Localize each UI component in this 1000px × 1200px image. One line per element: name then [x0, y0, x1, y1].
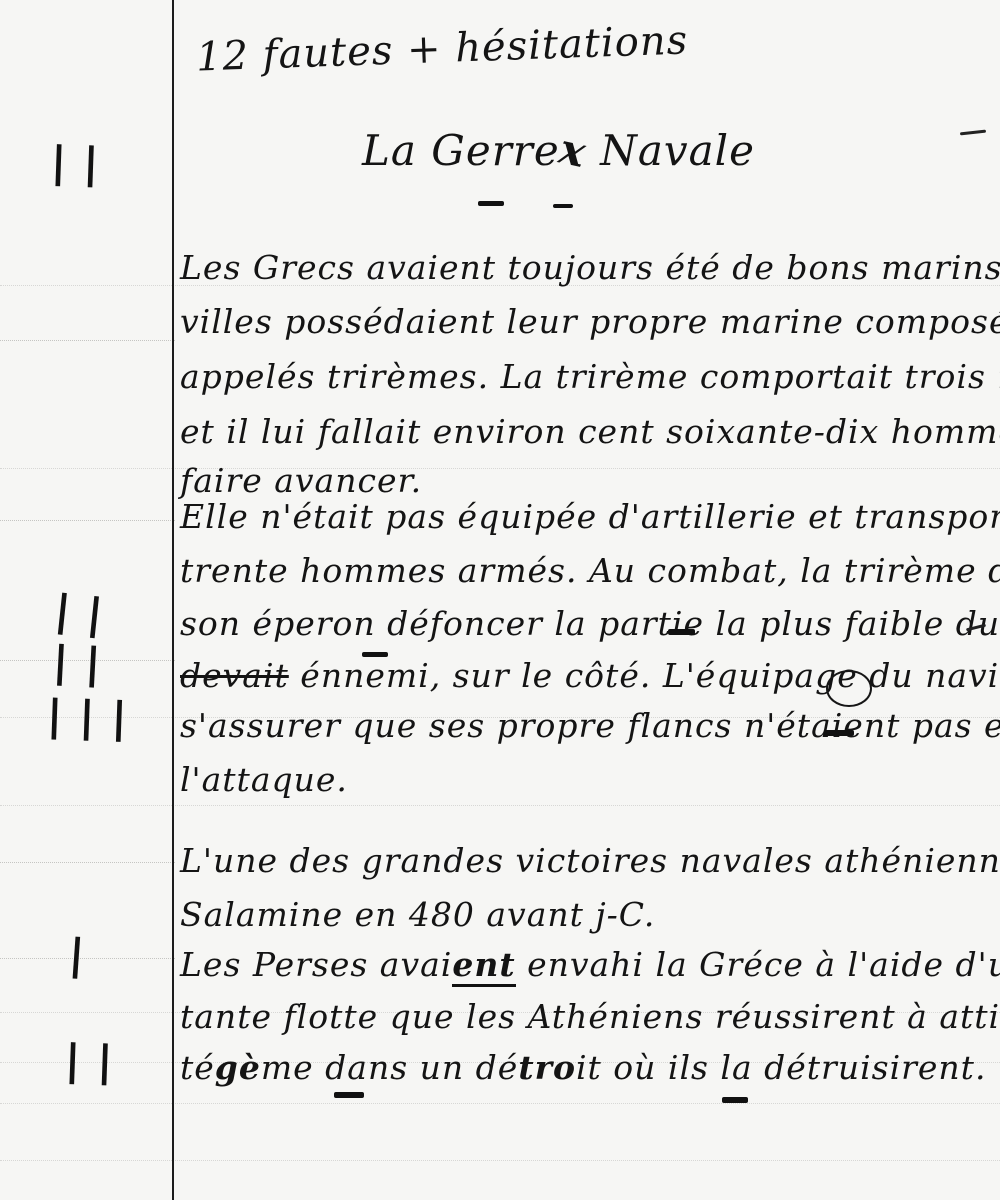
correction-dash [722, 1097, 748, 1103]
tally-mark: || [48, 585, 117, 640]
faint-rule [0, 520, 175, 521]
body-line: Les Perses avaient envahi la Gréce à l'a… [180, 940, 1000, 990]
overwritten-letters: tro [518, 1048, 576, 1087]
tally-mark: | [62, 929, 98, 980]
faint-rule [0, 340, 175, 341]
body-line: Elle n'était pas équipée d'artillerie et… [180, 492, 1000, 542]
faint-rule [0, 1103, 1000, 1104]
faint-rule [0, 1160, 1000, 1161]
title-text-before: La Gerre [362, 126, 560, 175]
body-line: appelés trirèmes. La trirème comportait … [180, 352, 1000, 402]
crossed-out-word: devait [180, 656, 289, 695]
body-line: Salamine en 480 avant j-C. [180, 890, 655, 940]
correction-dash [553, 204, 573, 208]
correction-dash [334, 1092, 364, 1098]
tally-mark: || [45, 137, 111, 188]
body-line: et il lui fallait environ cent soixante-… [180, 407, 1000, 457]
body-line: tante flotte que les Athéniens réussiren… [180, 992, 1000, 1042]
correction-dash [824, 730, 854, 736]
correction-dash [668, 629, 695, 635]
title-text-after: Navale [586, 126, 755, 175]
tally-mark: ||| [41, 690, 140, 742]
faint-rule [0, 862, 175, 863]
correction-circle [826, 670, 872, 707]
body-line-text: envahi la Gréce à l'aide d'une impor [516, 945, 1000, 984]
body-line: l'attaque. [180, 755, 348, 805]
overwritten-letters: ent [452, 945, 515, 987]
tally-mark: || [59, 1035, 125, 1086]
overwritten-letters: gè [215, 1048, 261, 1087]
stray-pen-tick [960, 130, 986, 136]
body-line: villes possédaient leur propre marine co… [180, 297, 1000, 347]
body-line: L'une des grandes victoires navales athé… [180, 836, 1000, 886]
correction-dash [362, 652, 388, 657]
body-line: tégème dans un détroit où ils la détruis… [180, 1043, 986, 1093]
margin-line [172, 0, 174, 1200]
correction-dash [478, 201, 504, 206]
page-title: La Gerrex Navale [362, 126, 755, 175]
grading-note: 12 fautes + hésitations [195, 17, 688, 80]
tally-mark: || [47, 636, 114, 688]
body-line: son éperon défoncer la partie la plus fa… [180, 599, 1000, 649]
body-line-text: énnemi, sur le côté. L'équipage du navir… [289, 656, 1000, 695]
body-line-text: té [180, 1048, 215, 1087]
body-line: devait énnemi, sur le côté. L'équipage d… [180, 651, 1000, 701]
body-line-text: it où ils la détruisirent. [576, 1048, 986, 1087]
faint-rule [0, 805, 1000, 806]
body-line: Les Grecs avaient toujours été de bons m… [180, 243, 1000, 293]
body-line: s'assurer que ses propre flancs n'étaien… [180, 701, 1000, 751]
body-line-text: Les Perses avai [180, 945, 452, 984]
scanned-handwritten-page: 12 fautes + hésitations La Gerrex Navale… [0, 0, 1000, 1200]
faint-rule [0, 468, 1000, 469]
body-line-text: me dans un dé [261, 1048, 518, 1087]
body-line: trente hommes armés. Au combat, la trirè… [180, 546, 1000, 596]
